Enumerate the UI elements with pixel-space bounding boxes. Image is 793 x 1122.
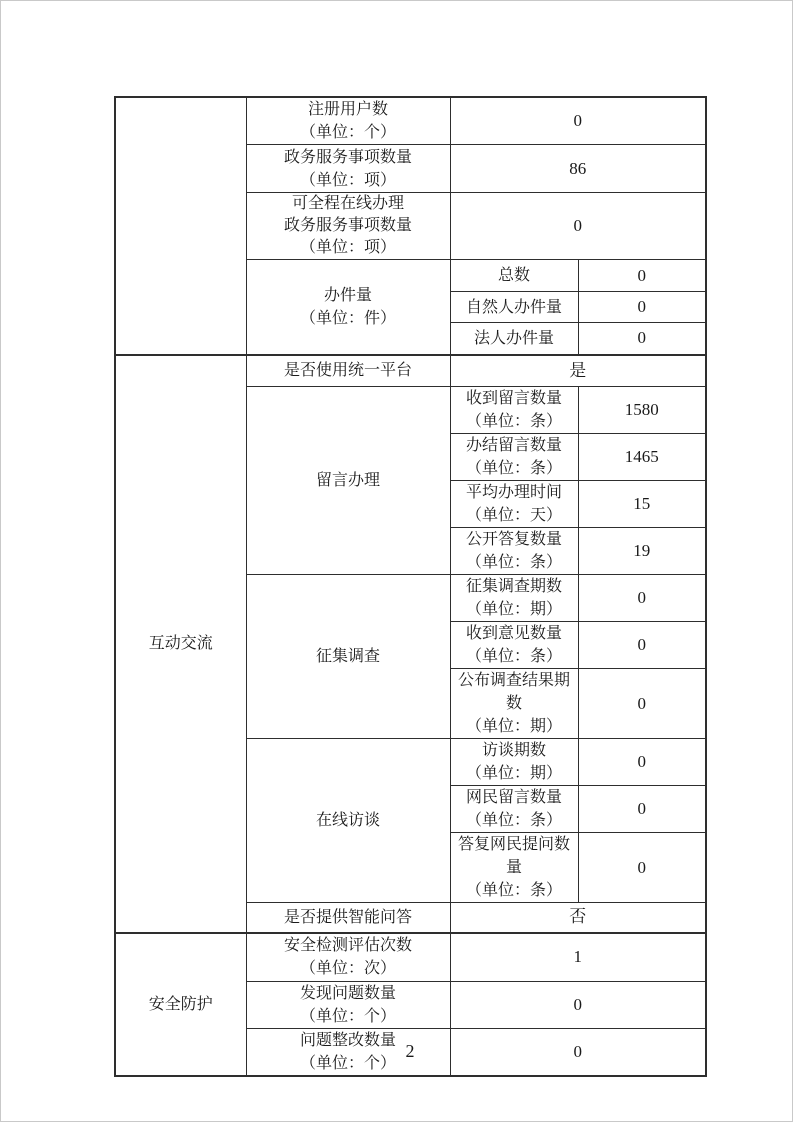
label-service-items: 政务服务事项数量 （单位：项） xyxy=(246,145,450,193)
sublabel-average-handling-time: 平均办理时间 （单位：天） xyxy=(450,481,578,528)
label-security-checks: 安全检测评估次数 （单位：次） xyxy=(246,933,450,982)
value-online-service-items: 0 xyxy=(450,193,706,260)
sublabel-public-replies: 公开答复数量 （单位：条） xyxy=(450,528,578,575)
value-cases-total: 0 xyxy=(578,260,706,292)
value-security-checks: 1 xyxy=(450,933,706,982)
value-average-handling-time: 15 xyxy=(578,481,706,528)
label-online-service-items: 可全程在线办理 政务服务事项数量 （单位：项） xyxy=(246,193,450,260)
value-unified-platform: 是 xyxy=(450,355,706,387)
sublabel-cases-total: 总数 xyxy=(450,260,578,292)
value-service-items: 86 xyxy=(450,145,706,193)
label-registered-users: 注册用户数 （单位：个） xyxy=(246,97,450,145)
sublabel-survey-periods: 征集调查期数 （单位：期） xyxy=(450,575,578,622)
label-smart-qa: 是否提供智能问答 xyxy=(246,903,450,933)
sublabel-replies-to-netizens: 答复网民提问数量 （单位：条） xyxy=(450,833,578,903)
value-opinions-received: 0 xyxy=(578,622,706,669)
sublabel-opinions-received: 收到意见数量 （单位：条） xyxy=(450,622,578,669)
sublabel-netizen-messages: 网民留言数量 （单位：条） xyxy=(450,786,578,833)
value-replies-to-netizens: 0 xyxy=(578,833,706,903)
sublabel-survey-results-published: 公布调查结果期数 （单位：期） xyxy=(450,669,578,739)
label-surveys-group: 征集调查 xyxy=(246,575,450,739)
value-registered-users: 0 xyxy=(450,97,706,145)
statistics-table: 注册用户数 （单位：个） 0 政务服务事项数量 （单位：项） 86 可全程在线办… xyxy=(114,96,707,1077)
value-cases-natural-person: 0 xyxy=(578,292,706,323)
page-number: 2 xyxy=(114,1041,706,1062)
sublabel-cases-legal-person: 法人办件量 xyxy=(450,323,578,355)
category-cell-interaction: 互动交流 xyxy=(115,355,246,933)
label-problems-found: 发现问题数量 （单位：个） xyxy=(246,982,450,1029)
value-public-replies: 19 xyxy=(578,528,706,575)
value-survey-results-published: 0 xyxy=(578,669,706,739)
value-messages-received: 1580 xyxy=(578,387,706,434)
value-messages-completed: 1465 xyxy=(578,434,706,481)
value-problems-found: 0 xyxy=(450,982,706,1029)
sublabel-messages-received: 收到留言数量 （单位：条） xyxy=(450,387,578,434)
value-survey-periods: 0 xyxy=(578,575,706,622)
value-smart-qa: 否 xyxy=(450,903,706,933)
value-netizen-messages: 0 xyxy=(578,786,706,833)
value-interview-periods: 0 xyxy=(578,739,706,786)
sublabel-cases-natural-person: 自然人办件量 xyxy=(450,292,578,323)
label-unified-platform: 是否使用统一平台 xyxy=(246,355,450,387)
label-interviews-group: 在线访谈 xyxy=(246,739,450,903)
document-page: 注册用户数 （单位：个） 0 政务服务事项数量 （单位：项） 86 可全程在线办… xyxy=(0,0,793,1122)
value-cases-legal-person: 0 xyxy=(578,323,706,355)
sublabel-interview-periods: 访谈期数 （单位：期） xyxy=(450,739,578,786)
sublabel-messages-completed: 办结留言数量 （单位：条） xyxy=(450,434,578,481)
label-cases-group: 办件量 （单位：件） xyxy=(246,260,450,355)
label-message-handling-group: 留言办理 xyxy=(246,387,450,575)
category-cell-empty xyxy=(115,97,246,355)
